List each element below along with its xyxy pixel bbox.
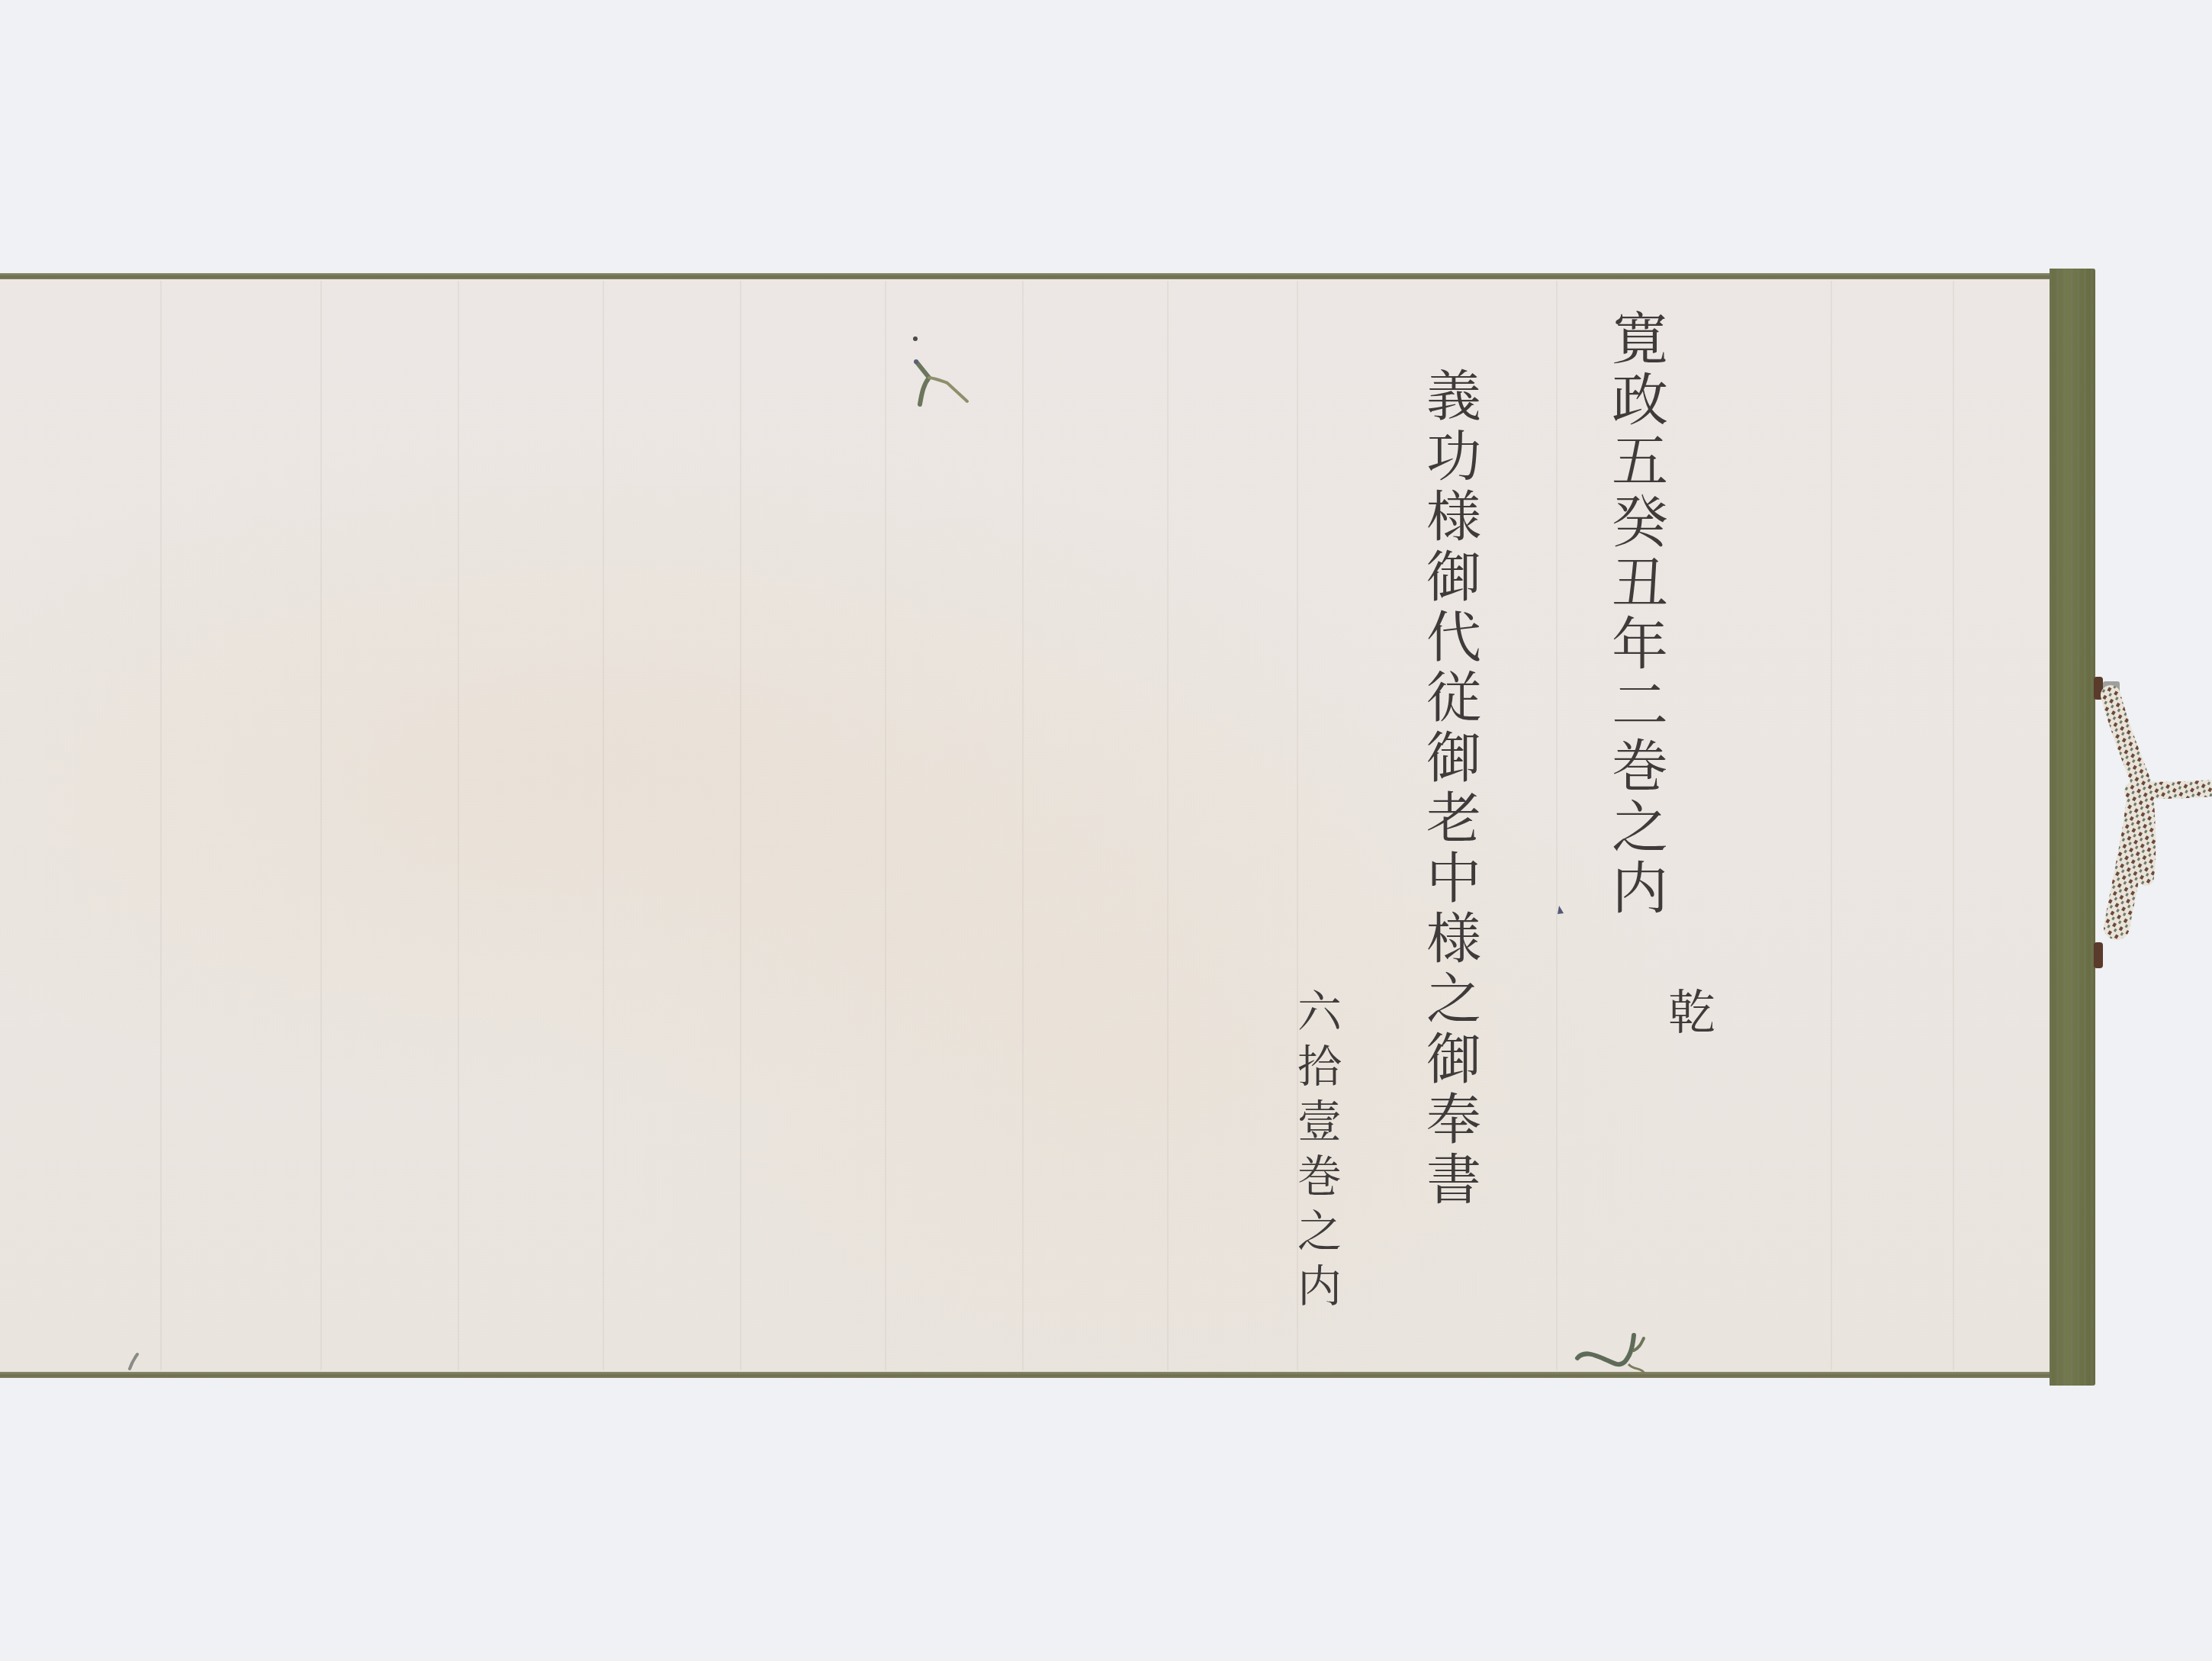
char: 年: [1612, 614, 1668, 675]
scroll-fabric-edge: [2050, 269, 2095, 1386]
ruled-line: [603, 281, 604, 1370]
ruled-line: [160, 281, 162, 1370]
tie-cord-icon: [2094, 668, 2212, 973]
ruled-line: [1167, 281, 1169, 1370]
char: 之: [1297, 1204, 1342, 1259]
char: 御: [1426, 1029, 1481, 1090]
char: 癸: [1612, 492, 1668, 553]
ruled-line: [885, 281, 886, 1370]
ruled-line: [1556, 281, 1558, 1370]
char: 之: [1426, 969, 1481, 1029]
scroll-bottom-border: [0, 1372, 2052, 1378]
column-volume-note: 六 拾 壹 巻 之 内: [1291, 984, 1349, 1314]
handscroll: [0, 273, 2052, 1378]
char: 巻: [1297, 1149, 1342, 1204]
column-title-year: 寛 政 五 癸 丑 年 二 巻 之 内: [1603, 309, 1677, 919]
ink-stain-mark: [900, 328, 984, 420]
char: 之: [1612, 797, 1668, 858]
ruled-line: [740, 281, 741, 1370]
ruled-line: [1953, 281, 1954, 1370]
char: 書: [1426, 1150, 1481, 1210]
char: 丑: [1612, 553, 1668, 614]
scroll-paper: [0, 273, 2052, 1378]
char: 様: [1426, 487, 1481, 547]
char: 壹: [1297, 1094, 1342, 1149]
char: 内: [1297, 1259, 1342, 1314]
char: 六: [1297, 984, 1342, 1039]
char: 様: [1426, 909, 1481, 969]
char: 拾: [1297, 1039, 1342, 1094]
char: 従: [1426, 668, 1481, 728]
char: 代: [1426, 607, 1481, 668]
stain-mark-bottom: [1571, 1320, 1655, 1381]
char: 二: [1612, 675, 1668, 736]
ink-dot: [1556, 904, 1567, 916]
ruled-line: [1022, 281, 1024, 1370]
column-title-main: 義 功 様 御 代 従 御 老 中 様 之 御 奉 書: [1417, 366, 1490, 1210]
volume-mark-ken: 乾: [1663, 984, 1721, 1042]
scroll-top-border: [0, 273, 2052, 279]
char: 内: [1612, 858, 1668, 919]
char: 寛: [1612, 309, 1668, 370]
ink-stroke-mark: [126, 1352, 141, 1372]
char: 奉: [1426, 1090, 1481, 1150]
ruled-line: [458, 281, 459, 1370]
char: 御: [1426, 547, 1481, 607]
char: 五: [1612, 431, 1668, 492]
char: 功: [1426, 427, 1481, 487]
char: 老: [1426, 788, 1481, 848]
char: 義: [1426, 366, 1481, 427]
ruled-line: [320, 281, 322, 1370]
char: 巻: [1612, 736, 1668, 797]
char: 政: [1612, 370, 1668, 431]
char: 御: [1426, 728, 1481, 788]
char: 中: [1426, 848, 1481, 909]
ruled-line: [1831, 281, 1832, 1370]
